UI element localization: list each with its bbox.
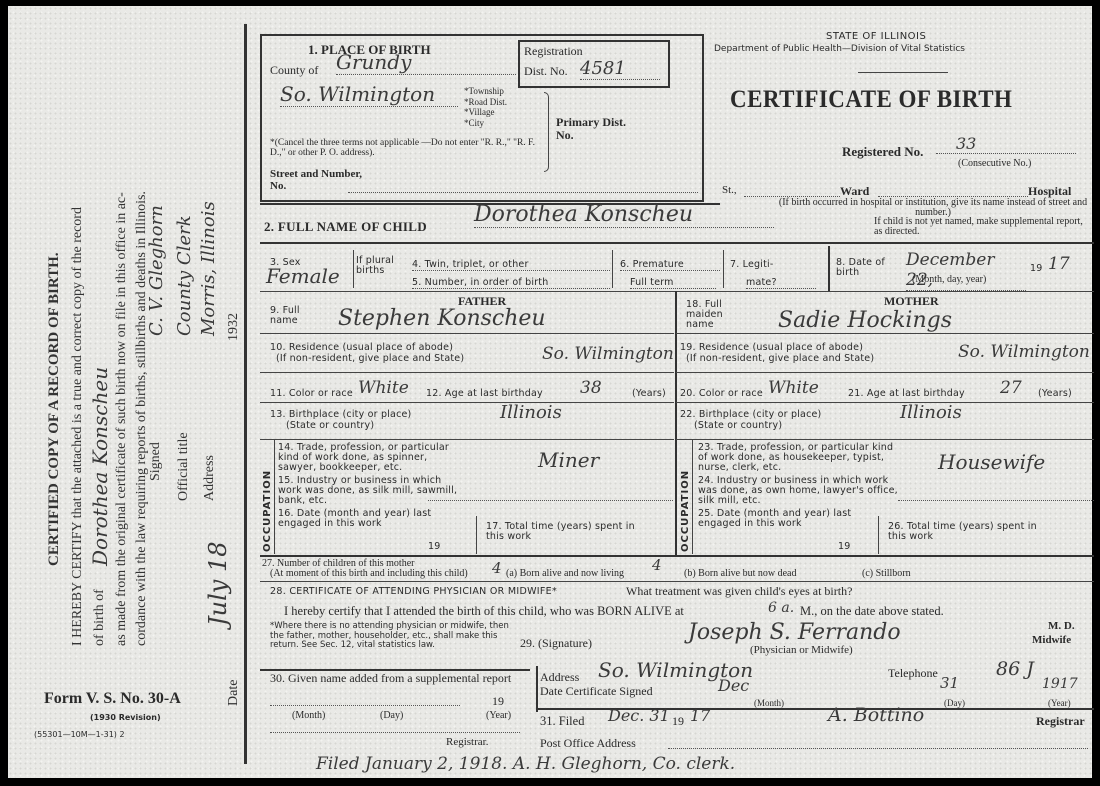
print-code: (55301—10M—1-31) 2 — [34, 730, 125, 739]
mother-age-label: 21. Age at last birthday — [848, 389, 965, 399]
date-signed-day[interactable]: 31 — [940, 674, 959, 692]
order-field[interactable]: 5. Number, in order of birth — [412, 278, 610, 289]
supplemental-year-prefix: 19 — [492, 694, 504, 709]
address-label: Address — [202, 455, 218, 501]
child-name-field[interactable]: Dorothea Konscheu — [474, 202, 774, 228]
filed-date-field[interactable]: Dec. 31 — [608, 706, 670, 725]
registered-no-field[interactable]: 33 — [936, 134, 1076, 154]
mother-trade-field[interactable]: Housewife — [938, 450, 1045, 474]
hospital-note: (If birth occurred in hospital or instit… — [778, 198, 1088, 218]
father-residence-label: 10. Residence (usual place of abode) — [270, 343, 453, 353]
birth-time-field[interactable]: 6 a. — [768, 600, 794, 616]
father-date-label: 16. Date (month and year) last engaged i… — [278, 509, 438, 529]
township-options: *Township *Road Dist. *Village *City — [464, 86, 507, 128]
physician-heading: 28. CERTIFICATE OF ATTENDING PHYSICIAN O… — [270, 586, 557, 597]
father-birthplace-label: 13. Birthplace (city or place) — [270, 410, 411, 420]
signed-label: Signed — [148, 442, 164, 481]
legit-field[interactable]: mate? — [746, 278, 816, 289]
supplemental-registrar-label: Registrar. — [446, 736, 488, 748]
father-birthplace-label2: (State or country) — [286, 421, 374, 431]
certify-line-2: as made from the original certificate of… — [114, 192, 130, 646]
date-signed-year[interactable]: 1917 — [1042, 676, 1078, 692]
date-signed-label: Date Certificate Signed — [540, 684, 653, 699]
certify-text-b: M., on the date above stated. — [800, 604, 944, 619]
mother-age-unit: (Years) — [1038, 389, 1072, 399]
county-label: County of — [270, 64, 318, 76]
bracket-icon — [544, 92, 549, 172]
father-total-time-label: 17. Total time (years) spent in this wor… — [486, 522, 636, 542]
street-label: Street and Number, No. — [270, 168, 380, 192]
supplemental-label: 30. Given name added from a supplemental… — [270, 672, 530, 685]
not-named-note: If child is not yet named, make suppleme… — [874, 217, 1090, 237]
signed-value: C. V. Gleghorn — [146, 205, 167, 336]
living-field[interactable]: 4 — [652, 556, 662, 574]
state-label: STATE OF ILLINOIS — [826, 31, 926, 42]
father-residence-field[interactable]: So. Wilmington — [542, 344, 674, 364]
children-label2: (At moment of this birth and including t… — [270, 568, 468, 579]
stillborn-label: (c) Stillborn — [862, 568, 911, 579]
filed-footer-note: Filed January 2, 1918. A. H. Gleghorn, C… — [316, 754, 735, 774]
signature-label: 29. (Signature) — [520, 636, 592, 651]
role-note: (Physician or Midwife) — [750, 644, 853, 656]
cancel-note: *(Cancel the three terms not applicable … — [270, 138, 550, 158]
mother-color-field[interactable]: White — [768, 378, 819, 398]
mother-name-field[interactable]: Sadie Hockings — [778, 308, 952, 333]
father-name-field[interactable]: Stephen Konscheu — [338, 306, 546, 331]
mother-residence-field[interactable]: So. Wilmington — [958, 342, 1090, 362]
father-occupation-side: OCCUPATION — [262, 470, 273, 552]
primary-dist-label: Primary Dist. No. — [556, 116, 636, 142]
registrar-label: Registrar — [1036, 714, 1085, 729]
mother-birthplace-label2: (State or country) — [694, 421, 782, 431]
signed-month-note: (Month) — [754, 698, 784, 708]
signed-day-note: (Day) — [944, 698, 965, 708]
telephone-label: Telephone — [888, 666, 938, 681]
child-name-label: 2. FULL NAME OF CHILD — [264, 219, 427, 235]
certify-line: I HEREBY CERTIFY that the attached is a … — [70, 207, 86, 646]
date-label: Date — [226, 680, 242, 706]
living-label: (a) Born alive and now living — [506, 568, 624, 579]
premature-field[interactable]: 6. Premature — [620, 260, 720, 271]
county-field[interactable]: Grundy — [336, 50, 516, 75]
mother-color-label: 20. Color or race — [680, 389, 763, 399]
mother-occupation-side: OCCUPATION — [680, 470, 691, 552]
telephone-field[interactable]: 86 J — [996, 658, 1034, 680]
certified-copy-panel: CERTIFIED COPY OF A RECORD OF BIRTH. I H… — [8, 6, 248, 778]
physician-address-label: Address — [540, 670, 579, 685]
address-value: Morris, Illinois — [198, 201, 219, 336]
father-residence-label2: (If non-resident, give place and State) — [276, 354, 464, 364]
children-total-field[interactable]: 4 — [492, 559, 502, 577]
mother-industry-label: 24. Industry or business in which work w… — [698, 476, 898, 506]
revision-label: (1930 Revision) — [90, 713, 161, 722]
st-label: St., — [722, 184, 737, 196]
department-label: Department of Public Health—Division of … — [714, 44, 1094, 54]
midwife-label: Midwife — [1032, 634, 1071, 646]
dob-label: 8. Date of birth — [836, 258, 906, 278]
date-value: July 18 — [204, 542, 232, 626]
mother-heading: MOTHER — [884, 294, 939, 309]
birth-certificate-page: CERTIFIED COPY OF A RECORD OF BIRTH. I H… — [8, 6, 1092, 778]
father-age-field[interactable]: 38 — [580, 378, 602, 398]
form-number: Form V. S. No. 30-A — [44, 690, 181, 708]
mother-trade-label: 23. Trade, profession, or particular kin… — [698, 443, 898, 473]
mother-residence-label2: (If non-resident, give place and State) — [686, 354, 874, 364]
sex-field[interactable]: Female — [266, 264, 340, 288]
certificate-title: CERTIFICATE OF BIRTH — [730, 86, 1012, 114]
consecutive-note: (Consecutive No.) — [958, 158, 1031, 169]
township-field[interactable]: So. Wilmington — [280, 82, 458, 107]
dob-year-field[interactable]: 17 — [1048, 254, 1070, 274]
registration-label: Registration — [524, 44, 583, 59]
father-name-label: 9. Full name — [270, 306, 310, 326]
reg-dist-label: Dist. No. — [524, 64, 568, 79]
certify-text-a: I hereby certify that I attended the bir… — [284, 604, 684, 619]
twin-field[interactable]: 4. Twin, triplet, or other — [412, 260, 610, 271]
dob-year-prefix: 19 — [1030, 264, 1043, 274]
father-industry-label: 15. Industry or business in which work w… — [278, 476, 468, 506]
date-year: 1932 — [226, 313, 242, 341]
filed-year-prefix: 19 — [672, 714, 684, 729]
signature-field[interactable]: Joseph S. Ferrando — [688, 620, 901, 645]
mother-residence-label: 19. Residence (usual place of abode) — [680, 343, 863, 353]
mother-date-label: 25. Date (month and year) last engaged i… — [698, 509, 858, 529]
eyes-question: What treatment was given child's eyes at… — [626, 584, 852, 599]
filed-label: 31. Filed — [540, 714, 584, 729]
legit-label: 7. Legiti- — [730, 260, 774, 270]
supplemental-year-note: (Year) — [486, 710, 511, 721]
dead-label: (b) Born alive but now dead — [684, 568, 796, 579]
signed-year-note: (Year) — [1048, 698, 1071, 708]
po-address-label: Post Office Address — [540, 736, 636, 751]
father-trade-label: 14. Trade, profession, or particular kin… — [278, 443, 458, 473]
certified-copy-heading: CERTIFIED COPY OF A RECORD OF BIRTH. — [46, 252, 63, 566]
of-birth-label: of birth of — [92, 589, 108, 646]
plural-label: If plural births — [356, 256, 406, 276]
date-signed-month[interactable]: Dec — [718, 676, 749, 695]
official-title-value: County Clerk — [174, 215, 195, 336]
father-year-prefix: 19 — [428, 542, 441, 552]
supplemental-month-note: (Month) — [292, 710, 325, 721]
physician-note: *Where there is no attending physician o… — [270, 622, 510, 651]
father-age-unit: (Years) — [632, 389, 666, 399]
mother-birthplace-field[interactable]: Illinois — [900, 402, 962, 423]
filed-year-field[interactable]: 17 — [690, 706, 710, 725]
official-title-label: Official title — [176, 432, 192, 501]
father-color-label: 11. Color or race — [270, 389, 353, 399]
full-term-field[interactable]: Full term — [630, 278, 716, 289]
mother-year-prefix: 19 — [838, 542, 851, 552]
md-label: M. D. — [1048, 620, 1075, 632]
father-trade-field[interactable]: Miner — [538, 448, 599, 472]
dob-note: (Month, day, year) — [912, 274, 986, 285]
mother-birthplace-label: 22. Birthplace (city or place) — [680, 410, 821, 420]
father-color-field[interactable]: White — [358, 378, 409, 398]
registered-no-label: Registered No. — [842, 144, 923, 160]
father-birthplace-field[interactable]: Illinois — [500, 402, 562, 423]
mother-age-field[interactable]: 27 — [1000, 378, 1022, 398]
of-birth-value: Dorothea Konscheu — [88, 367, 112, 566]
mother-total-time-label: 26. Total time (years) spent in this wor… — [888, 522, 1038, 542]
mother-name-label: 18. Full maiden name — [686, 300, 730, 330]
supplemental-day-note: (Day) — [380, 710, 403, 721]
father-age-label: 12. Age at last birthday — [426, 389, 543, 399]
registrar-field[interactable]: A. Bottino — [828, 704, 924, 726]
reg-dist-field[interactable]: 4581 — [580, 58, 660, 80]
